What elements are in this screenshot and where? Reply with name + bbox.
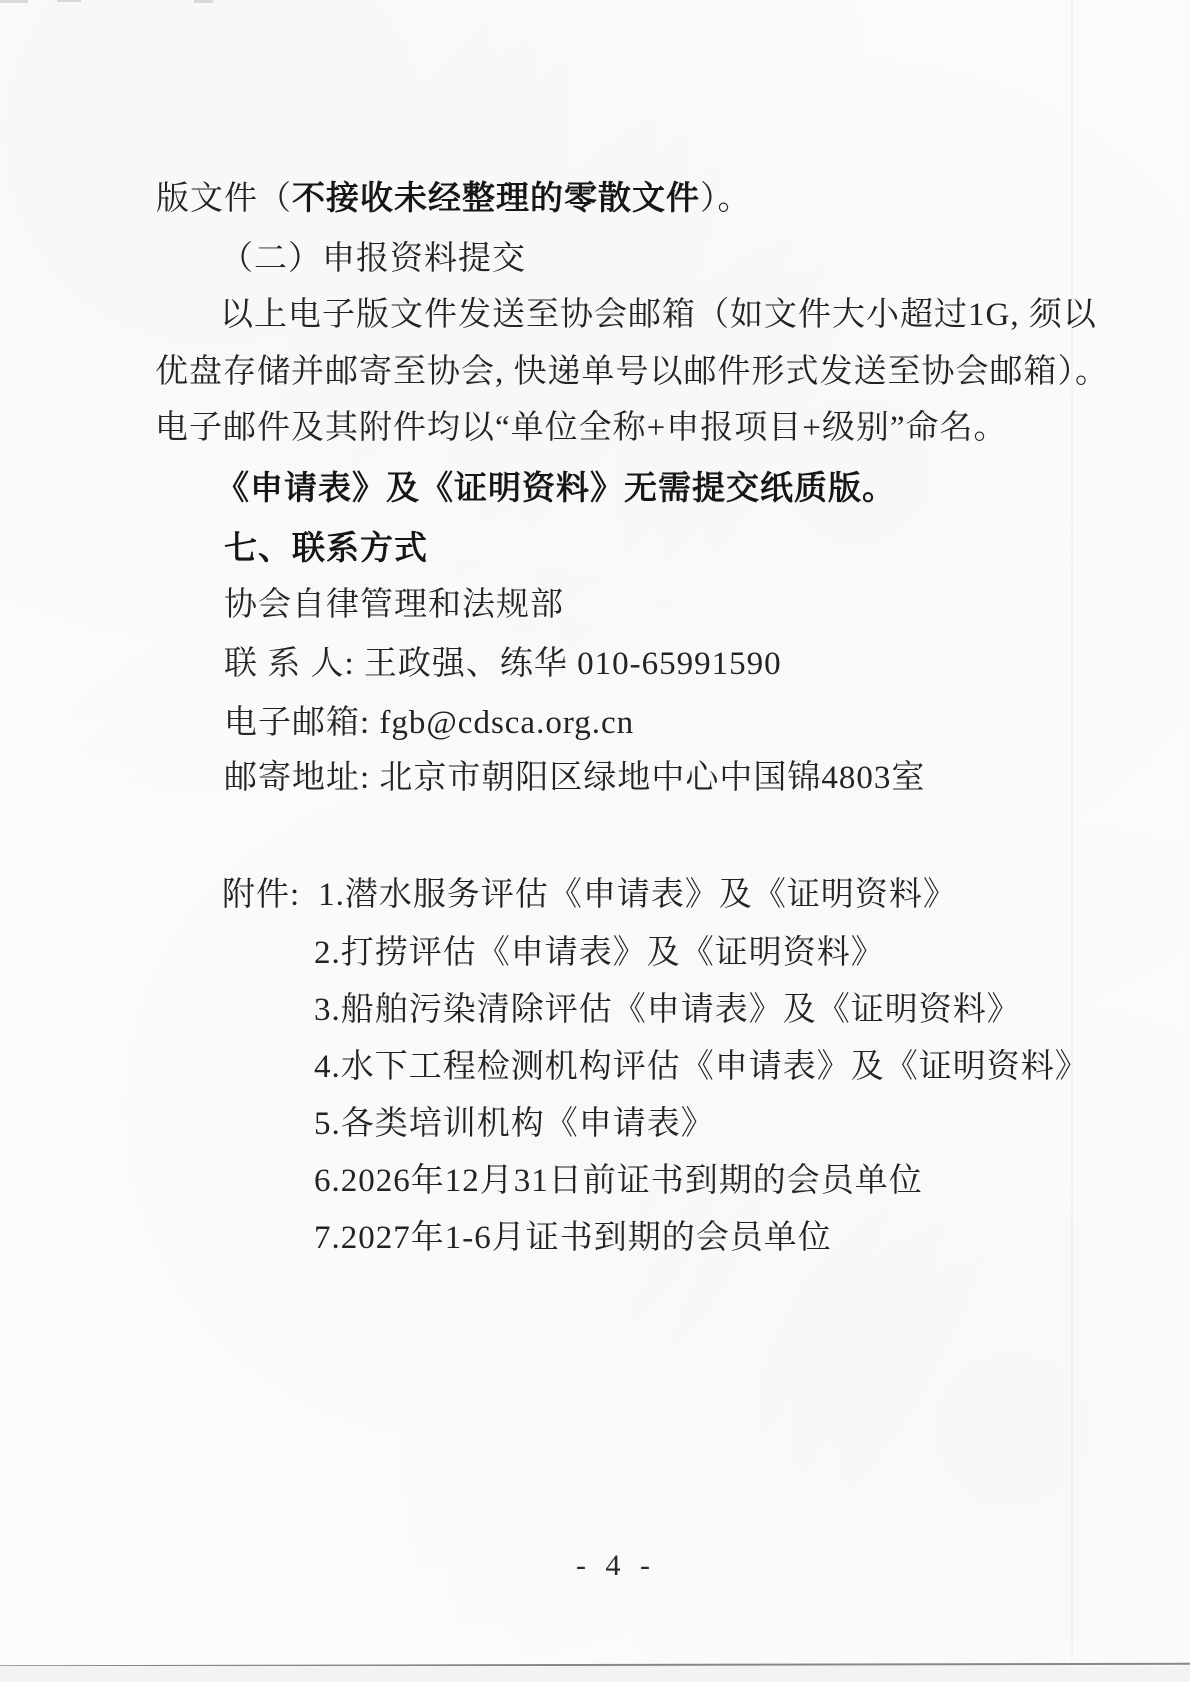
scan-streak-artifact (1071, 0, 1073, 1660)
text-bold-emphasis: 不接收未经整理的零散文件 (292, 179, 700, 216)
attachment-item: 7.2027年1-6月证书到期的会员单位 (314, 1222, 832, 1255)
subsection-heading: （二）申报资料提交 (220, 243, 526, 276)
contact-address-line: 邮寄地址: 北京市朝阳区绿地中心中国锦4803室 (224, 762, 925, 795)
notice-bold-line: 《申请表》及《证明资料》无需提交纸质版。 (216, 471, 896, 504)
scan-edge-artifact (0, 0, 28, 3)
page-number: - 4 - (576, 1551, 656, 1581)
attachments-line-1: 附件:1.潜水服务评估《申请表》及《证明资料》 (222, 879, 957, 912)
attachments-label: 附件: (222, 877, 300, 913)
contact-department-line: 协会自律管理和法规部 (224, 589, 564, 622)
scan-bottom-strip (0, 1666, 1190, 1682)
paragraph-line: 电子邮件及其附件均以“单位全称+申报项目+级别”命名。 (155, 412, 1008, 445)
attachment-item: 5.各类培训机构《申请表》 (314, 1108, 715, 1141)
attachment-item: 2.打捞评估《申请表》及《证明资料》 (314, 937, 885, 970)
contact-person-line: 联 系 人: 王政强、练华 010-65991590 (224, 648, 782, 681)
attachment-item: 4.水下工程检测机构评估《申请表》及《证明资料》 (314, 1051, 1089, 1084)
scan-edge-artifact (57, 0, 81, 2)
paragraph-line: 以上电子版文件发送至协会邮箱（如文件大小超过1G, 须以 (220, 299, 1097, 332)
text-regular: 版文件（ (156, 181, 292, 217)
scanned-document-page: 版文件（不接收未经整理的零散文件）。 （二）申报资料提交 以上电子版文件发送至协… (0, 0, 1190, 1682)
attachment-item: 6.2026年12月31日前证书到期的会员单位 (314, 1165, 923, 1198)
paragraph-line: 优盘存储并邮寄至协会, 快递单号以邮件形式发送至协会邮箱）。 (155, 356, 1109, 389)
scan-edge-artifact (194, 0, 213, 3)
section-heading: 七、联系方式 (224, 531, 428, 564)
text-regular: ）。 (700, 181, 752, 217)
attachment-item: 3.船舶污染清除评估《申请表》及《证明资料》 (314, 994, 1021, 1027)
paragraph-continuation-line: 版文件（不接收未经整理的零散文件）。 (156, 181, 752, 216)
contact-email-line: 电子邮箱: fgb@cdsca.org.cn (224, 707, 634, 740)
attachment-item: 1.潜水服务评估《申请表》及《证明资料》 (300, 877, 957, 913)
